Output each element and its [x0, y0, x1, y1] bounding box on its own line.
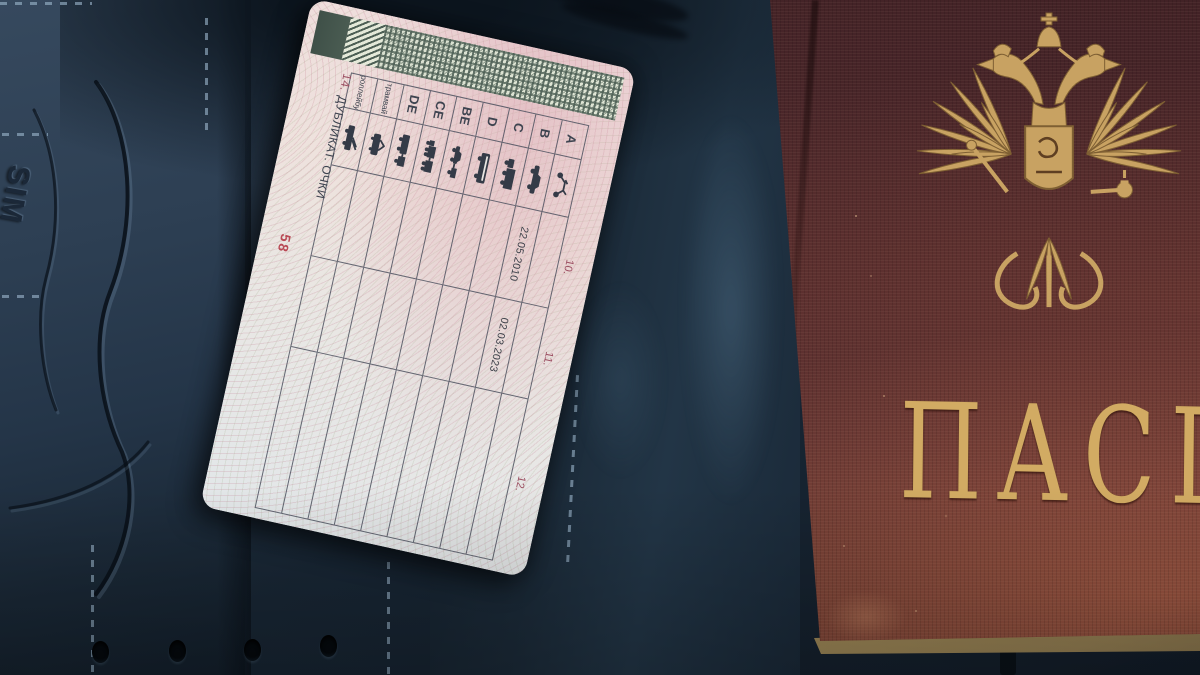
- leather-sheen: [665, 40, 785, 640]
- binder-hole: [169, 640, 186, 662]
- binder-hole: [92, 641, 109, 663]
- passport-title-text: ПАСП: [899, 386, 1200, 525]
- stitch-line: [0, 2, 92, 5]
- stitch-line: [387, 562, 390, 675]
- binder-hole: [244, 639, 261, 661]
- sim-pocket-emboss: [0, 70, 240, 630]
- license-serial-fragment: 58: [274, 233, 294, 256]
- stitch-line: [205, 18, 208, 136]
- leather-slot: [1000, 649, 1016, 675]
- table-body: A B 22.05.2010 02.03.2023 C D BE CE: [255, 72, 590, 560]
- cover-specks: [855, 215, 857, 217]
- stitch-line: [2, 133, 48, 136]
- cover-wear-patch: [822, 575, 932, 645]
- photo-scene: SIM 10. 11. 12.: [0, 0, 1200, 675]
- binder-hole: [320, 635, 337, 657]
- stitch-line: [2, 295, 40, 298]
- russian-double-headed-eagle-icon: [890, 6, 1200, 336]
